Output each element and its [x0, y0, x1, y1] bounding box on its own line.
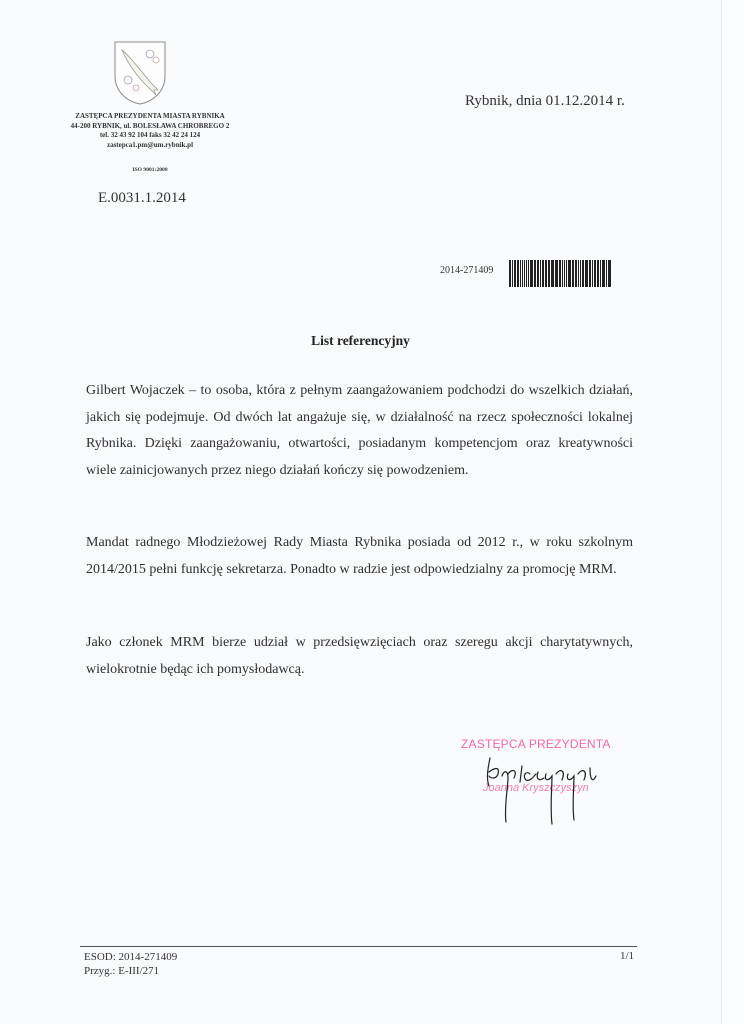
footer-esod: ESOD: 2014-271409 — [84, 950, 177, 964]
letter-title: List referencyjny — [0, 333, 721, 349]
letterhead-phone: tel. 32 43 92 104 faks 32 42 24 124 — [30, 131, 270, 141]
letterhead-office: ZASTĘPCA PREZYDENTA MIASTA RYBNIKA — [30, 112, 270, 122]
iso-certification: ISO 9001:2008 — [30, 166, 270, 176]
place-date: Rybnik, dnia 01.12.2014 r. — [465, 93, 625, 110]
rybnik-coat-of-arms-icon — [112, 40, 168, 106]
page-number: 1/1 — [620, 950, 634, 962]
letterhead-address: 44-200 RYBNIK, ul. BOLESŁAWA CHROBREGO 2 — [30, 122, 270, 132]
letterhead-email: zastepca1.pm@um.rybnik.pl — [30, 141, 270, 151]
paragraph-1: Gilbert Wojaczek – to osoba, która z peł… — [86, 378, 633, 484]
paragraph-3: Jako członek MRM bierze udział w przedsi… — [86, 630, 633, 683]
footer-przyg: Przyg.: E-III/271 — [84, 964, 177, 978]
reference-number: E.0031.1.2014 — [98, 190, 186, 207]
barcode — [509, 260, 613, 287]
footer-divider — [80, 946, 637, 947]
paragraph-2: Mandat radnego Młodzieżowej Rady Miasta … — [86, 530, 633, 583]
barcode-label: 2014-271409 — [440, 265, 493, 276]
document-page: ZASTĘPCA PREZYDENTA MIASTA RYBNIKA 44-20… — [0, 0, 721, 1024]
scan-page-edge — [721, 0, 744, 1024]
letterhead: ZASTĘPCA PREZYDENTA MIASTA RYBNIKA 44-20… — [30, 112, 270, 176]
signature-icon — [480, 748, 620, 833]
footer-info: ESOD: 2014-271409 Przyg.: E-III/271 — [84, 950, 177, 978]
